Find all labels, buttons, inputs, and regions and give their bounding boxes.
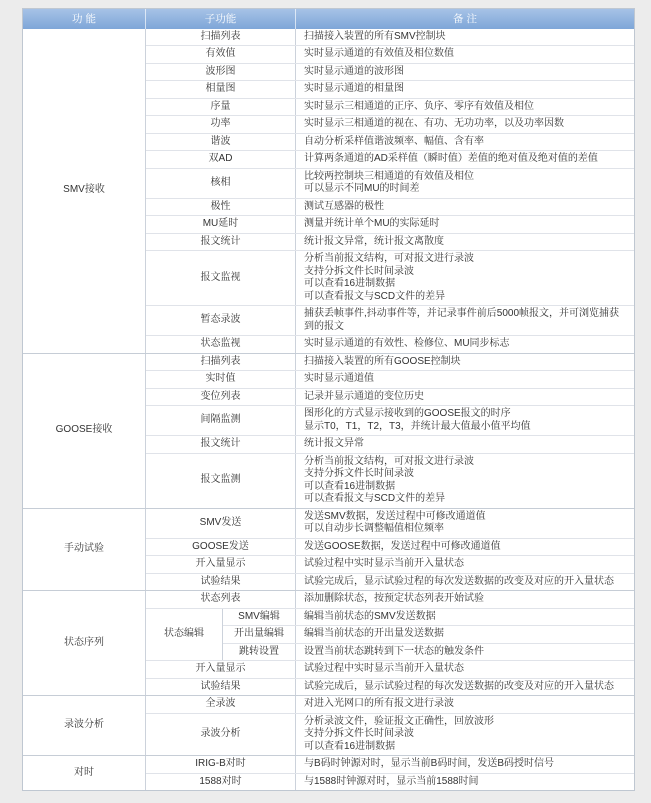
remark-text: 可以查看报文与SCD文件的差异 — [304, 291, 626, 304]
remark-cell: 自动分析采样值谐波频率、幅值、含有率 — [296, 134, 634, 151]
remark-cell: 测试互感器的极性 — [296, 199, 634, 216]
remark-cell: 记录并显示通道的变位历史 — [296, 389, 634, 406]
remark-text: 比较两控制块三相通道的有效值及相位 — [304, 171, 626, 184]
table-row: 变位列表记录并显示通道的变位历史 — [146, 389, 634, 407]
section-smv-receive: SMV接收扫描列表扫描接入装置的所有SMV控制块有效值实时显示通道的有效值及相位… — [23, 29, 634, 353]
table-row: 扫描列表扫描接入装置的所有SMV控制块 — [146, 29, 634, 47]
table-row: 暂态录波捕获丢帧事件,抖动事件等，并记录事件前后5000帧报文，并可浏览捕获到的… — [146, 306, 634, 336]
subfunction-cell: 序量 — [146, 99, 296, 116]
remark-cell: 分析录波文件，验证报文正确性，回放波形支持分拆文件长时间录波可以查看16进制数据 — [296, 714, 634, 756]
subfunction-cell: 1588对时 — [146, 774, 296, 791]
remark-text: 扫描接入装置的所有GOOSE控制块 — [304, 356, 626, 369]
table-row: 全录波对进入光网口的所有报文进行录波 — [146, 696, 634, 714]
subfunction-cell: 扫描列表 — [146, 354, 296, 371]
remark-text: 试验过程中实时显示当前开入量状态 — [304, 663, 626, 676]
section-rows: SMV发送发送SMV数据，发送过程中可修改通道值可以自动步长调整幅值相位频率GO… — [146, 509, 634, 591]
subfunction-cell: 实时值 — [146, 371, 296, 388]
subfunction-cell: 谐波 — [146, 134, 296, 151]
subfunction-cell: 波形图 — [146, 64, 296, 81]
remark-cell: 设置当前状态跳转到下一状态的触发条件 — [296, 644, 634, 661]
subfunction-cell: 全录波 — [146, 696, 296, 713]
section-time-sync: 对时IRIG-B对时与B码时钟源对时，显示当前B码时间，发送B码授时信号1588… — [23, 755, 634, 790]
table-row: 录波分析分析录波文件，验证报文正确性，回放波形支持分拆文件长时间录波可以查看16… — [146, 714, 634, 756]
remark-cell: 发送GOOSE数据，发送过程中可修改通道值 — [296, 539, 634, 556]
remark-text: 扫描接入装置的所有SMV控制块 — [304, 31, 626, 44]
nested-row: 开出量编辑编辑当前状态的开出量发送数据 — [223, 626, 634, 644]
remark-text: 实时显示三相通道的视在、有功、无功功率，以及功率因数 — [304, 118, 626, 131]
remark-text: 可以自动步长调整幅值相位频率 — [304, 523, 626, 536]
subfunction-cell: 试验结果 — [146, 574, 296, 591]
remark-cell: 试验过程中实时显示当前开入量状态 — [296, 556, 634, 573]
remark-cell: 与1588时钟源对时，显示当前1588时间 — [296, 774, 634, 791]
subfunction-group-cell: 状态编辑 — [146, 609, 223, 661]
table-row: 报文监测分析当前报文结构，可对报文进行录波支持分拆文件长时间录波可以查看16进制… — [146, 454, 634, 508]
remark-text: 编辑当前状态的SMV发送数据 — [304, 611, 626, 624]
subfunction-cell: MU延时 — [146, 216, 296, 233]
remark-text: 可以显示不同MU的时间差 — [304, 183, 626, 196]
table-row: 有效值实时显示通道的有效值及相位数值 — [146, 46, 634, 64]
table-header-row: 功 能 子功能 备 注 — [23, 9, 634, 29]
remark-text: 可以查看16进制数据 — [304, 741, 626, 754]
remark-cell: 发送SMV数据，发送过程中可修改通道值可以自动步长调整幅值相位频率 — [296, 509, 634, 538]
remark-cell: 实时显示三相通道的正序、负序、零序有效值及相位 — [296, 99, 634, 116]
remark-text: 与B码时钟源对时，显示当前B码时间，发送B码授时信号 — [304, 758, 626, 771]
remark-text: 支持分拆文件长时间录波 — [304, 468, 626, 481]
table-row: 实时值实时显示通道值 — [146, 371, 634, 389]
remark-text: 分析当前报文结构，可对报文进行录波 — [304, 253, 626, 266]
function-cell: 对时 — [23, 756, 146, 790]
remark-cell: 对进入光网口的所有报文进行录波 — [296, 696, 634, 713]
table-row: 功率实时显示三相通道的视在、有功、无功功率，以及功率因数 — [146, 116, 634, 134]
table-row: 报文监视分析当前报文结构，可对报文进行录波支持分拆文件长时间录波可以查看16进制… — [146, 251, 634, 306]
section-rows: IRIG-B对时与B码时钟源对时，显示当前B码时间，发送B码授时信号1588对时… — [146, 756, 634, 790]
remark-cell: 计算两条通道的AD采样值（瞬时值）差值的绝对值及绝对值的差值 — [296, 151, 634, 168]
remark-text: 实时显示通道的有效性、检修位、MU同步标志 — [304, 338, 626, 351]
subfunction-cell: IRIG-B对时 — [146, 756, 296, 773]
table-row: 试验结果试验完成后，显示试验过程的每次发送数据的改变及对应的开入量状态 — [146, 679, 634, 696]
table-row: MU延时测量并统计单个MU的实际延时 — [146, 216, 634, 234]
table-row: 开入量显示试验过程中实时显示当前开入量状态 — [146, 661, 634, 679]
subfunction-cell: 报文统计 — [146, 436, 296, 453]
remark-text: 统计报文异常，统计报文离散度 — [304, 236, 626, 249]
remark-text: 与1588时钟源对时，显示当前1588时间 — [304, 776, 626, 789]
nested-row: SMV编辑编辑当前状态的SMV发送数据 — [223, 609, 634, 627]
table-row: 核相比较两控制块三相通道的有效值及相位可以显示不同MU的时间差 — [146, 169, 634, 199]
remark-cell: 实时显示通道的有效性、检修位、MU同步标志 — [296, 336, 634, 353]
function-cell: 状态序列 — [23, 591, 146, 695]
remark-text: 计算两条通道的AD采样值（瞬时值）差值的绝对值及绝对值的差值 — [304, 153, 626, 166]
remark-cell: 实时显示通道值 — [296, 371, 634, 388]
table-row: GOOSE发送发送GOOSE数据，发送过程中可修改通道值 — [146, 539, 634, 557]
function-cell: SMV接收 — [23, 29, 146, 353]
remark-text: 支持分拆文件长时间录波 — [304, 266, 626, 279]
remark-text: 捕获丢帧事件,抖动事件等，并记录事件前后5000帧报文，并可浏览捕获到的报文 — [304, 308, 626, 333]
remark-text: 试验完成后，显示试验过程的每次发送数据的改变及对应的开入量状态 — [304, 681, 626, 694]
remark-text: 对进入光网口的所有报文进行录波 — [304, 698, 626, 711]
remark-text: 试验过程中实时显示当前开入量状态 — [304, 558, 626, 571]
subfunction-cell: 扫描列表 — [146, 29, 296, 46]
remark-cell: 试验完成后，显示试验过程的每次发送数据的改变及对应的开入量状态 — [296, 574, 634, 591]
subfunction-cell: 有效值 — [146, 46, 296, 63]
section-state-sequence: 状态序列状态列表添加删除状态，按预定状态列表开始试验状态编辑SMV编辑编辑当前状… — [23, 590, 634, 695]
remark-text: 图形化的方式显示接收到的GOOSE报文的时序 — [304, 408, 626, 421]
table-row: 扫描列表扫描接入装置的所有GOOSE控制块 — [146, 354, 634, 372]
table-row: 相量图实时显示通道的相量图 — [146, 81, 634, 99]
function-cell: 录波分析 — [23, 696, 146, 755]
nested-row: 跳转设置设置当前状态跳转到下一状态的触发条件 — [223, 644, 634, 661]
section-goose-receive: GOOSE接收扫描列表扫描接入装置的所有GOOSE控制块实时值实时显示通道值变位… — [23, 353, 634, 508]
remark-text: 支持分拆文件长时间录波 — [304, 728, 626, 741]
subfunction-cell: 开入量显示 — [146, 556, 296, 573]
remark-cell: 分析当前报文结构，可对报文进行录波支持分拆文件长时间录波可以查看16进制数据可以… — [296, 454, 634, 508]
remark-cell: 统计报文异常 — [296, 436, 634, 453]
remark-text: 实时显示通道值 — [304, 373, 626, 386]
table-row: 报文统计统计报文异常 — [146, 436, 634, 454]
function-cell: GOOSE接收 — [23, 354, 146, 508]
remark-text: 编辑当前状态的开出量发送数据 — [304, 628, 626, 641]
remark-text: 可以查看16进制数据 — [304, 481, 626, 494]
subfunction-cell: 状态监视 — [146, 336, 296, 353]
remark-cell: 试验完成后，显示试验过程的每次发送数据的改变及对应的开入量状态 — [296, 679, 634, 696]
subfunction-cell: 试验结果 — [146, 679, 296, 696]
table-row: 状态列表添加删除状态，按预定状态列表开始试验 — [146, 591, 634, 609]
remark-cell: 扫描接入装置的所有SMV控制块 — [296, 29, 634, 46]
header-cell-subfunction: 子功能 — [146, 9, 296, 29]
table-row: 波形图实时显示通道的波形图 — [146, 64, 634, 82]
remark-cell: 实时显示通道的波形图 — [296, 64, 634, 81]
remark-text: 分析录波文件，验证报文正确性，回放波形 — [304, 716, 626, 729]
remark-text: 实时显示三相通道的正序、负序、零序有效值及相位 — [304, 101, 626, 114]
header-cell-remark: 备 注 — [296, 9, 634, 29]
remark-text: 记录并显示通道的变位历史 — [304, 391, 626, 404]
remark-text: 可以查看报文与SCD文件的差异 — [304, 493, 626, 506]
table-row: IRIG-B对时与B码时钟源对时，显示当前B码时间，发送B码授时信号 — [146, 756, 634, 774]
nested-subfunction-cell: SMV编辑 — [223, 609, 296, 626]
remark-text: 试验完成后，显示试验过程的每次发送数据的改变及对应的开入量状态 — [304, 576, 626, 589]
table-row: 谐波自动分析采样值谐波频率、幅值、含有率 — [146, 134, 634, 152]
remark-cell: 实时显示通道的相量图 — [296, 81, 634, 98]
subfunction-cell: SMV发送 — [146, 509, 296, 538]
remark-cell: 图形化的方式显示接收到的GOOSE报文的时序显示T0，T1，T2，T3，并统计最… — [296, 406, 634, 435]
remark-cell: 捕获丢帧事件,抖动事件等，并记录事件前后5000帧报文，并可浏览捕获到的报文 — [296, 306, 634, 335]
remark-text: 发送SMV数据，发送过程中可修改通道值 — [304, 511, 626, 524]
subfunction-cell: 暂态录波 — [146, 306, 296, 335]
remark-text: 实时显示通道的有效值及相位数值 — [304, 48, 626, 61]
remark-cell: 编辑当前状态的开出量发送数据 — [296, 626, 634, 643]
remark-text: 自动分析采样值谐波频率、幅值、含有率 — [304, 136, 626, 149]
table-row: 开入量显示试验过程中实时显示当前开入量状态 — [146, 556, 634, 574]
remark-cell: 实时显示三相通道的视在、有功、无功功率，以及功率因数 — [296, 116, 634, 133]
remark-text: 显示T0，T1，T2，T3，并统计最大值最小值平均值 — [304, 421, 626, 434]
subfunction-cell: 功率 — [146, 116, 296, 133]
subfunction-cell: 极性 — [146, 199, 296, 216]
remark-cell: 测量并统计单个MU的实际延时 — [296, 216, 634, 233]
table-body: SMV接收扫描列表扫描接入装置的所有SMV控制块有效值实时显示通道的有效值及相位… — [23, 29, 634, 791]
subfunction-cell: 双AD — [146, 151, 296, 168]
section-record-analysis: 录波分析全录波对进入光网口的所有报文进行录波录波分析分析录波文件，验证报文正确性… — [23, 695, 634, 755]
remark-text: 统计报文异常 — [304, 438, 626, 451]
remark-text: 测量并统计单个MU的实际延时 — [304, 218, 626, 231]
table-row: 1588对时与1588时钟源对时，显示当前1588时间 — [146, 774, 634, 791]
table-row: 报文统计统计报文异常，统计报文离散度 — [146, 234, 634, 252]
subfunction-cell: GOOSE发送 — [146, 539, 296, 556]
remark-cell: 添加删除状态，按预定状态列表开始试验 — [296, 591, 634, 608]
section-rows: 扫描列表扫描接入装置的所有SMV控制块有效值实时显示通道的有效值及相位数值波形图… — [146, 29, 634, 353]
subfunction-cell: 开入量显示 — [146, 661, 296, 678]
remark-text: 设置当前状态跳转到下一状态的触发条件 — [304, 646, 626, 659]
subfunction-cell: 核相 — [146, 169, 296, 198]
remark-text: 实时显示通道的相量图 — [304, 83, 626, 96]
nested-rows: SMV编辑编辑当前状态的SMV发送数据开出量编辑编辑当前状态的开出量发送数据跳转… — [223, 609, 634, 661]
table-row: 双AD计算两条通道的AD采样值（瞬时值）差值的绝对值及绝对值的差值 — [146, 151, 634, 169]
remark-text: 测试互感器的极性 — [304, 201, 626, 214]
subfunction-cell: 相量图 — [146, 81, 296, 98]
section-rows: 扫描列表扫描接入装置的所有GOOSE控制块实时值实时显示通道值变位列表记录并显示… — [146, 354, 634, 508]
remark-cell: 实时显示通道的有效值及相位数值 — [296, 46, 634, 63]
subfunction-cell: 报文监测 — [146, 454, 296, 508]
table-row: 间隔监测图形化的方式显示接收到的GOOSE报文的时序显示T0，T1，T2，T3，… — [146, 406, 634, 436]
subfunction-cell: 状态列表 — [146, 591, 296, 608]
section-rows: 全录波对进入光网口的所有报文进行录波录波分析分析录波文件，验证报文正确性，回放波… — [146, 696, 634, 755]
subfunction-cell: 间隔监测 — [146, 406, 296, 435]
remark-text: 分析当前报文结构，可对报文进行录波 — [304, 456, 626, 469]
nested-subfunction-cell: 开出量编辑 — [223, 626, 296, 643]
remark-cell: 与B码时钟源对时，显示当前B码时间，发送B码授时信号 — [296, 756, 634, 773]
table-row: 状态监视实时显示通道的有效性、检修位、MU同步标志 — [146, 336, 634, 353]
table-row: 序量实时显示三相通道的正序、负序、零序有效值及相位 — [146, 99, 634, 117]
subfunction-cell: 录波分析 — [146, 714, 296, 756]
remark-cell: 试验过程中实时显示当前开入量状态 — [296, 661, 634, 678]
remark-text: 添加删除状态，按预定状态列表开始试验 — [304, 593, 626, 606]
table-row: SMV发送发送SMV数据，发送过程中可修改通道值可以自动步长调整幅值相位频率 — [146, 509, 634, 539]
remark-text: 发送GOOSE数据，发送过程中可修改通道值 — [304, 541, 626, 554]
remark-cell: 分析当前报文结构，可对报文进行录波支持分拆文件长时间录波可以查看16进制数据可以… — [296, 251, 634, 305]
subfunction-cell: 报文统计 — [146, 234, 296, 251]
subfunction-cell: 变位列表 — [146, 389, 296, 406]
remark-cell: 统计报文异常，统计报文离散度 — [296, 234, 634, 251]
section-manual-test: 手动试验SMV发送发送SMV数据，发送过程中可修改通道值可以自动步长调整幅值相位… — [23, 508, 634, 591]
header-cell-function: 功 能 — [23, 9, 146, 29]
table-row: 状态编辑SMV编辑编辑当前状态的SMV发送数据开出量编辑编辑当前状态的开出量发送… — [146, 609, 634, 662]
remark-text: 可以查看16进制数据 — [304, 278, 626, 291]
subfunction-cell: 报文监视 — [146, 251, 296, 305]
table-row: 试验结果试验完成后，显示试验过程的每次发送数据的改变及对应的开入量状态 — [146, 574, 634, 591]
remark-cell: 编辑当前状态的SMV发送数据 — [296, 609, 634, 626]
nested-subfunction-cell: 跳转设置 — [223, 644, 296, 661]
table-row: 极性测试互感器的极性 — [146, 199, 634, 217]
section-rows: 状态列表添加删除状态，按预定状态列表开始试验状态编辑SMV编辑编辑当前状态的SM… — [146, 591, 634, 695]
remark-text: 实时显示通道的波形图 — [304, 66, 626, 79]
function-table: 功 能 子功能 备 注 SMV接收扫描列表扫描接入装置的所有SMV控制块有效值实… — [22, 8, 635, 791]
function-cell: 手动试验 — [23, 509, 146, 591]
remark-cell: 比较两控制块三相通道的有效值及相位可以显示不同MU的时间差 — [296, 169, 634, 198]
remark-cell: 扫描接入装置的所有GOOSE控制块 — [296, 354, 634, 371]
